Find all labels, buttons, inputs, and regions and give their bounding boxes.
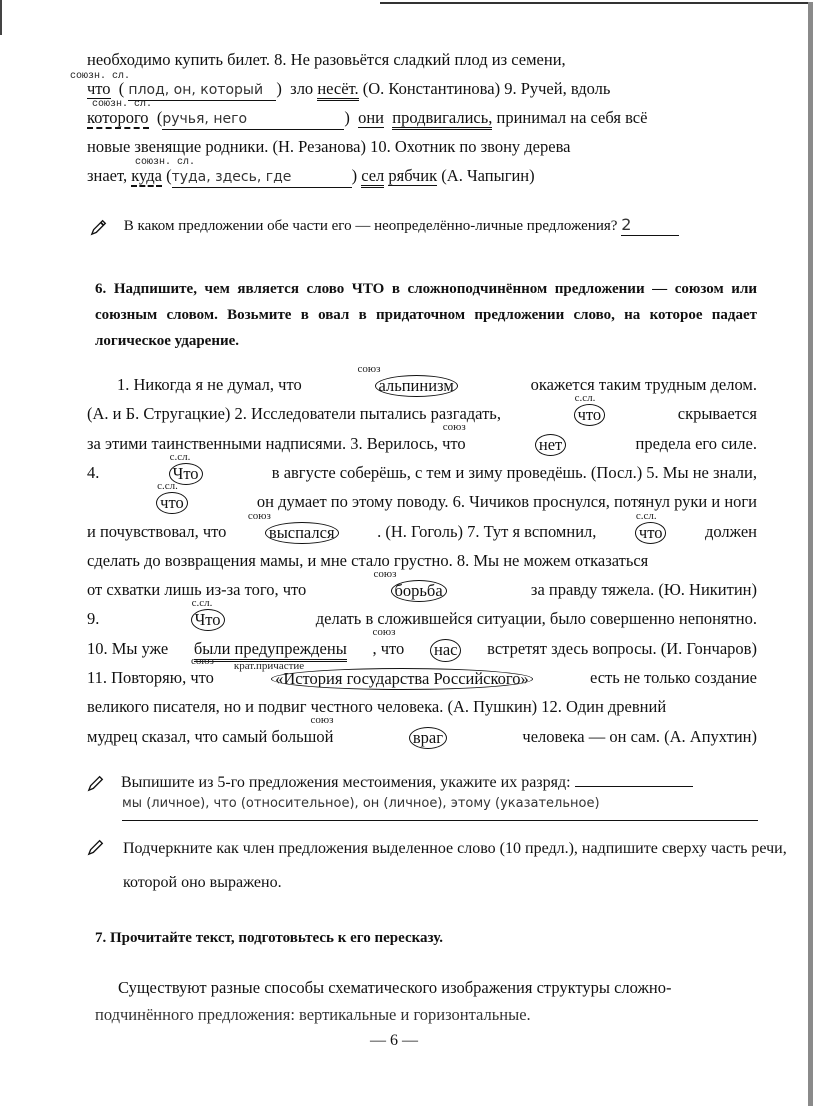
sentence-text: в августе соберёшь, с тем и зиму проведё… <box>272 463 757 485</box>
annotation-ssl: с.сл. <box>636 511 657 521</box>
scan-edge-top <box>380 2 808 4</box>
scan-edge-left <box>0 0 2 35</box>
ex5-line-1: необходимо купить билет. 8. Не разовьётс… <box>87 50 757 70</box>
fill-answer-3[interactable]: туда, здесь, где <box>172 167 352 188</box>
circled-word: борьбасоюз <box>391 580 447 602</box>
fill-answer-2[interactable]: ручья, него <box>162 109 344 130</box>
sentence-text: есть не только создание <box>590 668 757 690</box>
ex6-task-2: Подчеркните как член предложения выделен… <box>95 832 788 900</box>
subject-word: они <box>358 108 384 128</box>
sentence-text: предела его силе. <box>636 434 757 456</box>
annotation-soyuz: союз <box>248 511 271 521</box>
sentence-text: встретят здесь вопросы. (И. Гончаров) <box>487 639 757 662</box>
predicate-word: продвигались, <box>392 108 492 130</box>
ex6-line-13: мудрец сказал, что самый большойсоюзвраг… <box>87 727 757 749</box>
pencil-icon <box>90 218 108 236</box>
annotation-soyuz: союз <box>373 627 396 637</box>
circled-word: «История государства Российского» <box>271 668 533 690</box>
page-number: — 6 — <box>370 1032 418 1050</box>
annotation-soyuz: союз <box>191 656 214 666</box>
annotation-soyuz: союз <box>443 422 466 432</box>
sentence-text: (А. и Б. Стругацкие) 2. Исследователи пы… <box>87 404 501 426</box>
ex6-line-10: 10. Мы ужебыли предупрежденыкрат.причаст… <box>87 639 757 662</box>
sentence-text: сделать до возвращения мамы, и мне стало… <box>87 551 648 571</box>
ex6-line-2: (А. и Б. Стругацкие) 2. Исследователи пы… <box>87 404 757 426</box>
annotation-ssl: с.сл. <box>575 393 596 403</box>
ex6-line-4: 4.Чтос.сл.в августе соберёшь, с тем и зи… <box>87 463 757 485</box>
sentence-text: должен <box>705 522 757 544</box>
ex6-heading: 6. Надпишите, чем является слово ЧТО в с… <box>95 276 757 354</box>
sentence-text: мудрец сказал, что самый большойсоюз <box>87 727 333 749</box>
annotation-ssl: с.сл. <box>170 452 191 462</box>
ex6-line-9: 9.Чтос.сл.делать в сложившейся ситуации,… <box>87 609 757 631</box>
ex6-line-7: сделать до возвращения мамы, и мне стало… <box>87 551 757 571</box>
highlighted-word: были предупрежденыкрат.причастие <box>194 639 347 662</box>
sentence-text: великого писателя, но и подвиг честного … <box>87 697 666 717</box>
sentence-text: , чтосоюз <box>373 639 405 662</box>
predicate-word: несёт. <box>317 79 358 101</box>
scan-edge-right <box>808 2 813 1106</box>
dashed-underlined-word: которого <box>87 108 149 129</box>
annotation-soyuz: союз <box>310 715 333 725</box>
sentence-text: человека — он сам. (А. Апухтин) <box>522 727 757 749</box>
pencil-icon <box>87 838 105 856</box>
subject-word: рябчик <box>388 166 437 186</box>
ex7-paragraph-line-1: Существуют разные способы схематического… <box>118 978 758 998</box>
circled-word: альпинизмсоюз <box>375 375 458 397</box>
sentence-text: за правду тяжела. (Ю. Никитин) <box>531 580 757 602</box>
circled-word: чтос.сл. <box>574 404 606 426</box>
ex7-heading: 7. Прочитайте текст, подготовьтесь к его… <box>95 930 443 947</box>
ex5-line-5: знает, куда (туда, здесь, где) сел рябчи… <box>87 166 757 188</box>
sentence-text: 11. Повторяю, чтосоюз <box>87 668 214 690</box>
annotation-soyuz: союз <box>374 569 397 579</box>
sentence-text: окажется таким трудным делом. <box>531 375 757 397</box>
circled-word: выспалсясоюз <box>265 522 339 544</box>
sentence-text: скрывается <box>678 404 757 426</box>
ex5-question: В каком предложении обе части его — неоп… <box>90 215 760 236</box>
fill-answer-1[interactable]: плод, он, который <box>128 80 276 101</box>
sentence-text: 4. <box>87 463 99 485</box>
ex6-task-1: Выпишите из 5-го предложения местоимения… <box>95 768 760 798</box>
ex6-line-8: от схватки лишь из-за того, чтоборьбасою… <box>87 580 757 602</box>
pencil-icon <box>87 774 105 792</box>
ex6-line-1: 1. Никогда я не думал, чтоальпинизмсоюзо… <box>117 375 757 397</box>
ex5-line-2: что ( плод, он, который) зло несёт. (О. … <box>87 79 757 101</box>
ex6-line-12: великого писателя, но и подвиг честного … <box>87 697 757 717</box>
sentence-text: 10. Мы уже <box>87 639 168 662</box>
ex6-line-11: 11. Повторяю, чтосоюз«История государств… <box>87 668 757 690</box>
ex5-line-3: которого (ручья, него) они продвигались,… <box>87 108 757 130</box>
predicate-word: сел <box>361 166 384 188</box>
annotation-soyuz: союз <box>358 364 381 374</box>
answer-field[interactable]: 2 <box>621 215 679 236</box>
circled-word: нет <box>535 434 566 456</box>
ex6-line-6: и почувствовал, чтовыспалсясоюз. (Н. Гог… <box>87 522 757 544</box>
task1-answer-field[interactable]: мы (личное), что (относительное), он (ли… <box>122 796 758 821</box>
sentence-text: и почувствовал, что <box>87 522 226 544</box>
circled-word: чтос.сл. <box>635 522 667 544</box>
annotation-ssl: с.сл. <box>192 598 213 608</box>
sentence-text: он думает по этому поводу. 6. Чичиков пр… <box>257 492 757 514</box>
sentence-text: . (Н. Гоголь) 7. Тут я вспомнил, <box>377 522 596 544</box>
circled-word: Чтос.сл. <box>191 609 225 631</box>
underlined-word: что <box>87 79 111 99</box>
sentence-text: 9. <box>87 609 99 631</box>
circled-word: враг <box>409 727 447 749</box>
annotation-ssl: с.сл. <box>157 481 178 491</box>
dashed-underlined-word: куда <box>131 166 162 187</box>
sentence-text: 1. Никогда я не думал, что <box>117 375 302 397</box>
circled-word: нас <box>430 639 461 662</box>
sentence-text: за этими таинственными надписями. 3. Вер… <box>87 434 466 456</box>
ex7-paragraph-line-2: подчинённого предложения: вертикальные и… <box>95 1005 765 1025</box>
circled-word: чтос.сл. <box>156 492 188 514</box>
ex5-line-4: новые звенящие родники. (Н. Резанова) 10… <box>87 137 757 157</box>
